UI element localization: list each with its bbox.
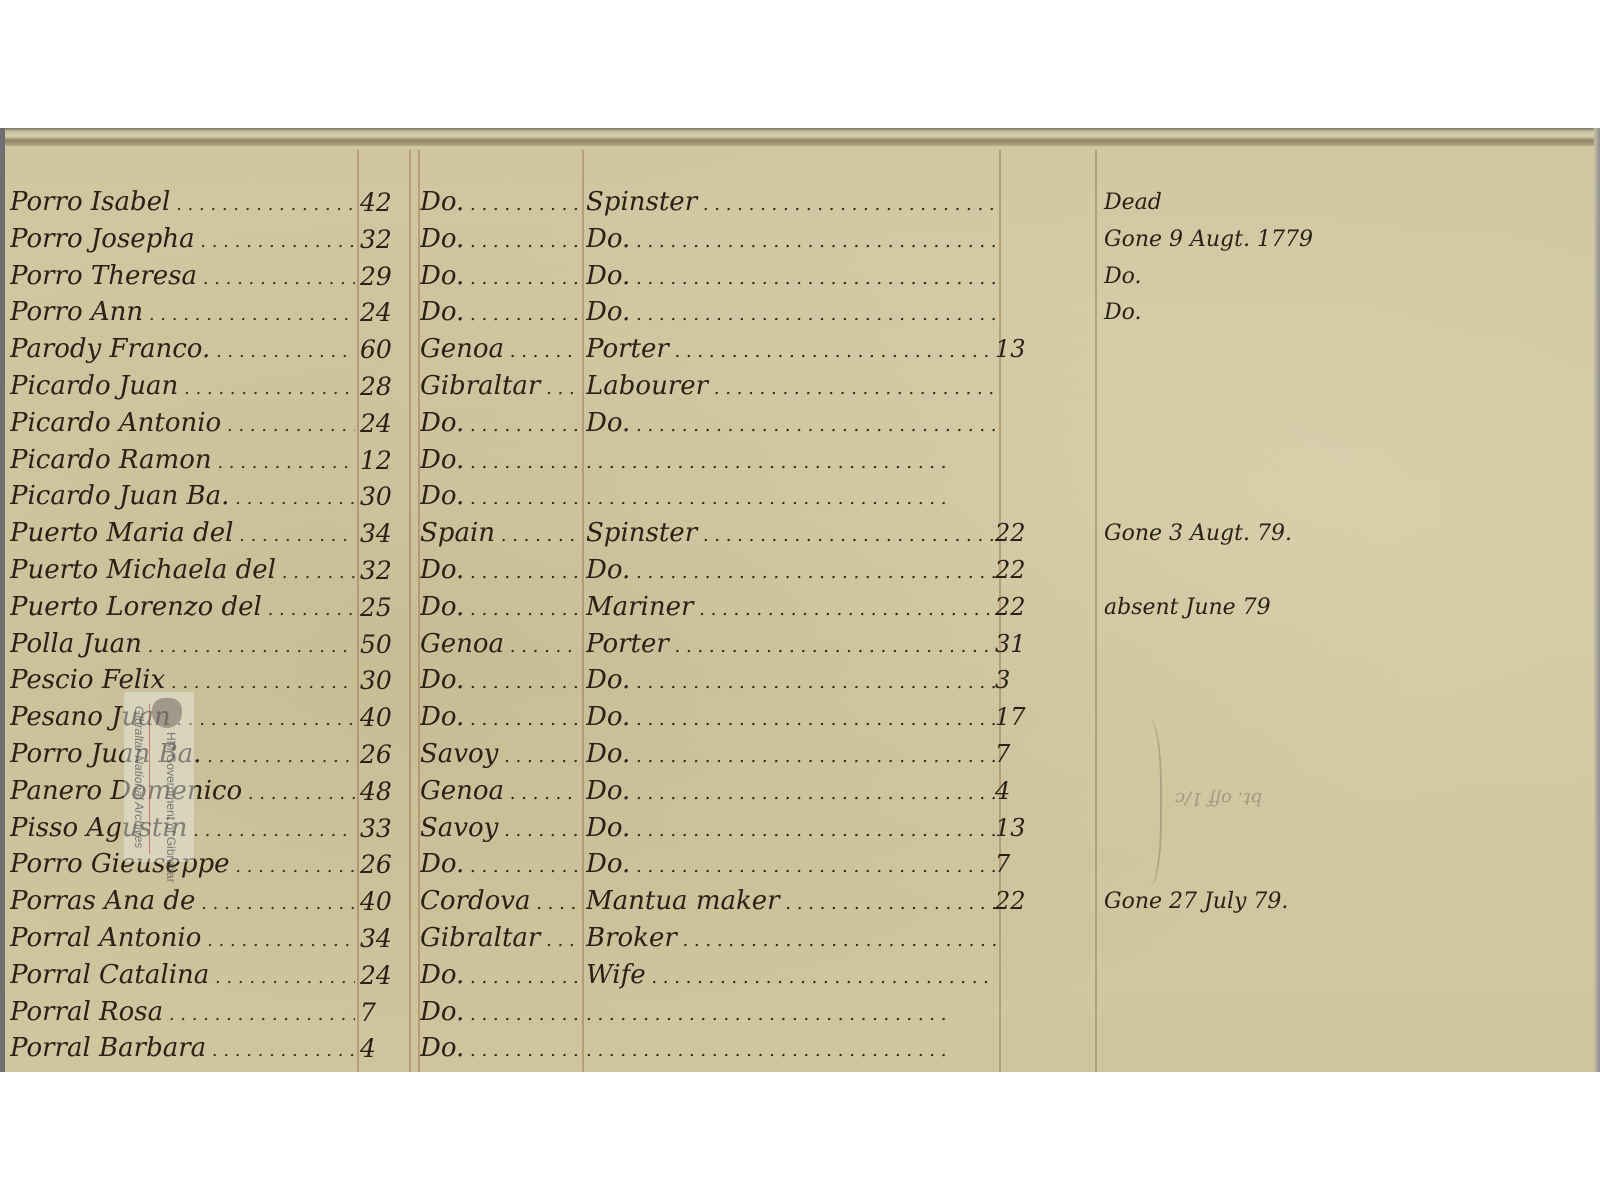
register-row: Picardo Juan Ba.30Do. xyxy=(0,478,1600,515)
entry-age: 30 xyxy=(360,662,408,699)
entry-occupation: Spinster xyxy=(586,184,996,223)
crest-icon xyxy=(152,698,182,728)
entry-name: Porro Theresa xyxy=(10,258,355,297)
entry-origin: Do. xyxy=(420,221,580,260)
entry-occupation: Porter xyxy=(586,331,996,370)
entry-age: 28 xyxy=(360,368,408,405)
entry-name: Puerto Michaela del xyxy=(10,552,355,591)
entry-age: 24 xyxy=(360,957,408,994)
entry-origin: Genoa xyxy=(420,626,580,665)
entry-origin: Do. xyxy=(420,994,580,1033)
entry-age: 50 xyxy=(360,626,408,663)
entry-occupation: Do. xyxy=(586,662,996,701)
entry-age: 42 xyxy=(360,184,408,221)
entry-years: 4 xyxy=(995,773,1090,810)
entry-origin: Savoy xyxy=(420,810,580,849)
entry-occupation: Do. xyxy=(586,221,996,260)
entry-origin: Do. xyxy=(420,699,580,738)
entry-remarks: Dead xyxy=(1104,184,1404,221)
register-row: Porro Isabel42Do.SpinsterDead xyxy=(0,184,1600,221)
register-row: Picardo Antonio24Do.Do. xyxy=(0,405,1600,442)
entry-occupation xyxy=(586,442,996,481)
entry-origin: Do. xyxy=(420,184,580,223)
entry-occupation: Mariner xyxy=(586,589,996,628)
entry-occupation: Porter xyxy=(586,626,996,665)
entry-name: Porral Rosa xyxy=(10,994,355,1033)
entry-age: 4 xyxy=(360,1030,408,1067)
entry-age: 26 xyxy=(360,736,408,773)
register-row: Picardo Ramon12Do. xyxy=(0,442,1600,479)
entry-remarks: Gone 27 July 79. xyxy=(1104,883,1404,920)
entry-origin: Genoa xyxy=(420,773,580,812)
entry-occupation: Do. xyxy=(586,294,996,333)
entry-occupation: Do. xyxy=(586,810,996,849)
entry-occupation: Labourer xyxy=(586,368,996,407)
entry-years: 22 xyxy=(995,552,1090,589)
register-row: Porro Gieuseppe26Do.Do.7 xyxy=(0,846,1600,883)
entry-age: 25 xyxy=(360,589,408,626)
entry-years: 17 xyxy=(995,699,1090,736)
entry-origin: Do. xyxy=(420,405,580,444)
register-row: Polla Juan50GenoaPorter31 xyxy=(0,626,1600,663)
entry-age: 34 xyxy=(360,515,408,552)
entry-origin: Do. xyxy=(420,1030,580,1069)
register-row: Parody Franco.60GenoaPorter13 xyxy=(0,331,1600,368)
register-row: Porral Rosa7Do. xyxy=(0,994,1600,1031)
entry-origin: Do. xyxy=(420,957,580,996)
entry-name: Polla Juan xyxy=(10,626,355,665)
register-row: Porro Juan Ba.26SavoyDo.7 xyxy=(0,736,1600,773)
register-row: Puerto Maria del34SpainSpinster22Gone 3 … xyxy=(0,515,1600,552)
entry-occupation xyxy=(586,1030,996,1069)
entry-origin: Spain xyxy=(420,515,580,554)
entry-occupation: Do. xyxy=(586,699,996,738)
entry-age: 7 xyxy=(360,994,408,1031)
watermark-line-1: HM Government of Gibraltar xyxy=(164,732,178,883)
stamp-divider xyxy=(149,704,150,854)
register-row: Porro Theresa29Do.Do.Do. xyxy=(0,258,1600,295)
entry-age: 24 xyxy=(360,405,408,442)
entry-origin: Gibraltar xyxy=(420,920,580,959)
entry-name: Picardo Juan Ba. xyxy=(10,478,355,517)
entry-occupation xyxy=(586,478,996,517)
entry-age: 32 xyxy=(360,552,408,589)
entry-name: Puerto Lorenzo del xyxy=(10,589,355,628)
entry-origin: Do. xyxy=(420,552,580,591)
register-row: Porral Catalina24Do.Wife xyxy=(0,957,1600,994)
entry-age: 48 xyxy=(360,773,408,810)
entry-occupation: Do. xyxy=(586,846,996,885)
register-row: Picardo Juan28GibraltarLabourer xyxy=(0,368,1600,405)
entry-name: Porras Ana de xyxy=(10,883,355,922)
entry-occupation: Spinster xyxy=(586,515,996,554)
entry-age: 33 xyxy=(360,810,408,847)
entry-name: Puerto Maria del xyxy=(10,515,355,554)
entry-remarks: absent June 79 xyxy=(1104,589,1404,626)
entry-occupation: Wife xyxy=(586,957,996,996)
entry-years: 13 xyxy=(995,810,1090,847)
register-row: Pescio Felix30Do.Do.3 xyxy=(0,662,1600,699)
entry-name: Porral Barbara xyxy=(10,1030,355,1069)
entry-age: 29 xyxy=(360,258,408,295)
entry-age: 26 xyxy=(360,846,408,883)
entry-years: 31 xyxy=(995,626,1090,663)
register-row: Puerto Michaela del32Do.Do.22 xyxy=(0,552,1600,589)
entry-origin: Do. xyxy=(420,478,580,517)
register-row: Porral Barbara4Do. xyxy=(0,1030,1600,1067)
entry-origin: Savoy xyxy=(420,736,580,775)
entry-years: 22 xyxy=(995,515,1090,552)
entry-origin: Do. xyxy=(420,846,580,885)
entry-name: Porral Antonio xyxy=(10,920,355,959)
entry-years: 7 xyxy=(995,846,1090,883)
register-row: Pisso Agustin33SavoyDo.13 xyxy=(0,810,1600,847)
entry-remarks: Gone 3 Augt. 79. xyxy=(1104,515,1404,552)
register-row: Porras Ana de40CordovaMantua maker22Gone… xyxy=(0,883,1600,920)
register-scan: bt. off 1/c Porro Isabel42Do.SpinsterDea… xyxy=(0,128,1600,1072)
entry-occupation xyxy=(586,994,996,1033)
entry-age: 32 xyxy=(360,221,408,258)
entry-origin: Do. xyxy=(420,258,580,297)
entry-occupation: Mantua maker xyxy=(586,883,996,922)
register-row: Puerto Lorenzo del25Do.Mariner22absent J… xyxy=(0,589,1600,626)
entry-origin: Do. xyxy=(420,589,580,628)
watermark-line-2: Gibraltar National Archives xyxy=(132,706,146,848)
book-top-edge xyxy=(0,128,1600,146)
entry-origin: Gibraltar xyxy=(420,368,580,407)
entry-age: 40 xyxy=(360,699,408,736)
archive-watermark-stamp: HM Government of Gibraltar Gibraltar Nat… xyxy=(124,692,194,862)
register-row: Pesano Juan40Do.Do.17 xyxy=(0,699,1600,736)
entry-age: 24 xyxy=(360,294,408,331)
entry-origin: Do. xyxy=(420,662,580,701)
entry-origin: Do. xyxy=(420,294,580,333)
register-row: Porral Antonio34GibraltarBroker xyxy=(0,920,1600,957)
entry-occupation: Do. xyxy=(586,773,996,812)
entry-years: 13 xyxy=(995,331,1090,368)
entry-name: Picardo Antonio xyxy=(10,405,355,444)
entry-origin: Do. xyxy=(420,442,580,481)
entry-occupation: Do. xyxy=(586,258,996,297)
register-row: Panero Domenico48GenoaDo.4 xyxy=(0,773,1600,810)
entry-occupation: Do. xyxy=(586,405,996,444)
entry-name: Porro Josepha xyxy=(10,221,355,260)
entry-age: 40 xyxy=(360,883,408,920)
entry-years: 22 xyxy=(995,883,1090,920)
entry-name: Porro Ann xyxy=(10,294,355,333)
entry-name: Picardo Ramon xyxy=(10,442,355,481)
entry-remarks: Do. xyxy=(1104,294,1404,331)
entry-remarks: Gone 9 Augt. 1779 xyxy=(1104,221,1404,258)
entry-age: 30 xyxy=(360,478,408,515)
entry-occupation: Do. xyxy=(586,552,996,591)
entry-age: 34 xyxy=(360,920,408,957)
entry-name: Parody Franco. xyxy=(10,331,355,370)
entry-name: Porro Isabel xyxy=(10,184,355,223)
entry-years: 22 xyxy=(995,589,1090,626)
entry-occupation: Do. xyxy=(586,736,996,775)
entry-age: 12 xyxy=(360,442,408,479)
entry-years: 3 xyxy=(995,662,1090,699)
entry-origin: Genoa xyxy=(420,331,580,370)
entry-remarks: Do. xyxy=(1104,258,1404,295)
entry-origin: Cordova xyxy=(420,883,580,922)
register-row: Porro Ann24Do.Do.Do. xyxy=(0,294,1600,331)
entry-occupation: Broker xyxy=(586,920,996,959)
entry-years: 7 xyxy=(995,736,1090,773)
entry-name: Porral Catalina xyxy=(10,957,355,996)
register-row: Porro Josepha32Do.Do.Gone 9 Augt. 1779 xyxy=(0,221,1600,258)
entry-name: Picardo Juan xyxy=(10,368,355,407)
entry-age: 60 xyxy=(360,331,408,368)
